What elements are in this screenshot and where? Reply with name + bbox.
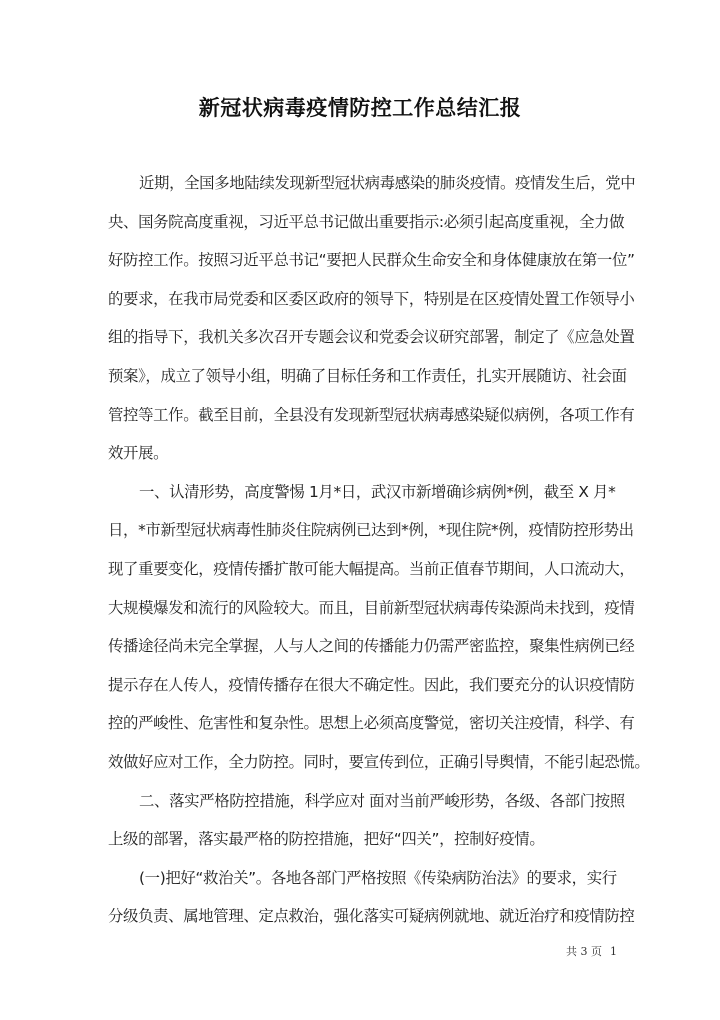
paragraph-line: 预案》，成立了领导小组，明确了目标任务和工作责任，扎实开展随访、社会面 [108,364,618,403]
total-pages-label: 共 3 页 [566,945,602,958]
paragraph-line: 的要求，在我市局党委和区委区政府的领导下，特别是在区疫情处置工作领导小 [108,287,618,326]
document-title: 新冠状病毒疫情防控工作总结汇报 [0,92,720,122]
section-heading-line: 一、认清形势，高度警惕 1月*日，武汉市新增确诊病例*例，截至 X 月* [108,480,618,519]
paragraph-line: 控的严峻性、危害性和复杂性。思想上必须高度警觉，密切关注疫情，科学、有 [108,711,618,750]
paragraph-line: 效做好应对工作，全力防控。同时，要宣传到位，正确引导舆情，不能引起恐慌。 [108,750,618,789]
paragraph-line: 效开展。 [108,441,618,480]
paragraph-line: 大规模爆发和流行的风险较大。而且，目前新型冠状病毒传染源尚未找到，疫情 [108,596,618,635]
paragraph-line: 日，*市新型冠状病毒性肺炎住院病例已达到*例，*现住院*例，疫情防控形势出 [108,518,618,557]
page-number: 1 [610,945,617,958]
document-body: 近期，全国多地陆续发现新型冠状病毒感染的肺炎疫情。疫情发生后，党中 央、国务院高… [108,171,618,943]
paragraph-line: 近期，全国多地陆续发现新型冠状病毒感染的肺炎疫情。疫情发生后，党中 [108,171,618,210]
paragraph-line: 组的指导下，我机关多次召开专题会议和党委会议研究部署，制定了《应急处置 [108,325,618,364]
subsection-line: (一)把好“救治关”。各地各部门严格按照《传染病防治法》的要求，实行 [108,866,618,905]
paragraph-line: 提示存在人传人，疫情传播存在很大不确定性。因此，我们要充分的认识疫情防 [108,673,618,712]
paragraph-line: 传播途径尚未完全掌握，人与人之间的传播能力仍需严密监控，聚集性病例已经 [108,634,618,673]
page-footer: 共 3 页1 [566,943,625,959]
paragraph-line: 央、国务院高度重视，习近平总书记做出重要指示:必须引起高度重视，全力做 [108,210,618,249]
section-heading-line: 二、落实严格防控措施，科学应对 面对当前严峻形势，各级、各部门按照 [108,789,618,828]
paragraph-line: 上级的部署，落实最严格的防控措施，把好“四关”，控制好疫情。 [108,827,618,866]
paragraph-line: 现了重要变化，疫情传播扩散可能大幅提高。当前正值春节期间，人口流动大， [108,557,618,596]
paragraph-line: 好防控工作。按照习近平总书记“要把人民群众生命安全和身体健康放在第一位” [108,248,618,287]
paragraph-line: 管控等工作。截至目前，全县没有发现新型冠状病毒感染疑似病例，各项工作有 [108,403,618,442]
document-page: 新冠状病毒疫情防控工作总结汇报 近期，全国多地陆续发现新型冠状病毒感染的肺炎疫情… [0,0,720,1020]
paragraph-line: 分级负责、属地管理、定点救治，强化落实可疑病例就地、就近治疗和疫情防控 [108,904,618,943]
